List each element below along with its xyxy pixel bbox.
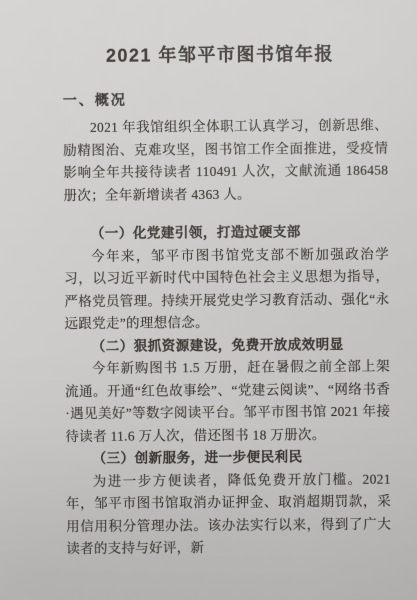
section-service-innovation: （三）创新服务，进一步便民利民 为进一步方便读者，降低免费开放门槛。2021 年…	[66, 446, 392, 561]
paragraph-overview: 2021 年我馆组织全体职工认真学习，创新思维、励精图治、克难攻坚，图书馆工作全…	[63, 115, 389, 208]
document-photo: 2021 年邹平市图书馆年报 一、概况 2021 年我馆组织全体职工认真学习，创…	[0, 0, 417, 600]
section-party-building: （一）化党建引领，打造过硬支部 今年来，邹平市图书馆党支部不断加强政治学习，以习…	[64, 221, 390, 336]
paragraph-party-building: 今年来，邹平市图书馆党支部不断加强政治学习，以习近平新时代中国特色社会主义思想为…	[64, 243, 390, 336]
section-heading-party-building: （一）化党建引领，打造过硬支部	[64, 221, 389, 246]
document-page: 2021 年邹平市图书馆年报 一、概况 2021 年我馆组织全体职工认真学习，创…	[0, 0, 417, 600]
section-overview: 一、概况 2021 年我馆组织全体职工认真学习，创新思维、励精图治、克难攻坚，图…	[63, 87, 389, 208]
section-heading-overview: 一、概况	[63, 87, 388, 112]
section-heading-resources: （二）狠抓资源建设，免费开放成效明显	[65, 333, 390, 358]
paragraph-resources: 今年新购图书 1.5 万册，赶在暑假之前全部上架流通。开通“红色故事绘”、“党建…	[65, 356, 391, 449]
section-heading-service-innovation: （三）创新服务，进一步便民利民	[66, 446, 391, 471]
page-title: 2021 年邹平市图书馆年报	[62, 41, 377, 69]
paragraph-service-innovation: 为进一步方便读者，降低免费开放门槛。2021 年，邹平市图书馆取消办证押金、取消…	[66, 468, 392, 561]
section-resources: （二）狠抓资源建设，免费开放成效明显 今年新购图书 1.5 万册，赶在暑假之前全…	[65, 333, 391, 448]
